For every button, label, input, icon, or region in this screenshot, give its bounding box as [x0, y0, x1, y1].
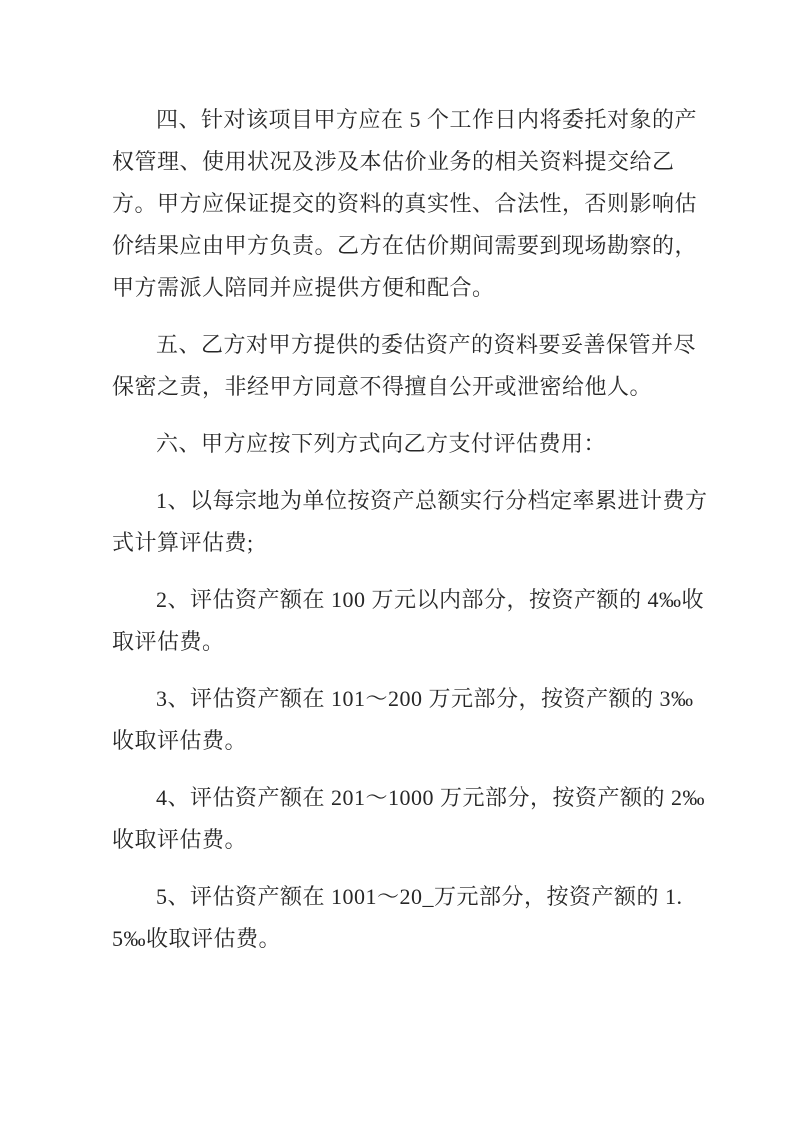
paragraph-clause-6: 六、甲方应按下列方式向乙方支付评估费用： [112, 423, 712, 465]
paragraph-clause-5: 五、乙方对甲方提供的委估资产的资料要妥善保管并尽保密之责，非经甲方同意不得擅自公… [112, 324, 712, 408]
paragraph-clause-4: 四、针对该项目甲方应在 5 个工作日内将委托对象的产权管理、使用状况及涉及本估价… [112, 99, 712, 309]
paragraph-fee-item-1: 1、以每宗地为单位按资产总额实行分档定率累进计费方式计算评估费; [112, 480, 712, 564]
paragraph-fee-item-2: 2、评估资产额在 100 万元以内部分，按资产额的 4‰收取评估费。 [112, 579, 712, 663]
paragraph-fee-item-4: 4、评估资产额在 201～1000 万元部分，按资产额的 2‰收取评估费。 [112, 777, 712, 861]
paragraph-fee-item-5: 5、评估资产额在 1001～20_万元部分，按资产额的 1.5‰收取评估费。 [112, 876, 712, 960]
document-page: 四、针对该项目甲方应在 5 个工作日内将委托对象的产权管理、使用状况及涉及本估价… [0, 0, 800, 1132]
document-text-block: 四、针对该项目甲方应在 5 个工作日内将委托对象的产权管理、使用状况及涉及本估价… [112, 99, 712, 975]
paragraph-fee-item-3: 3、评估资产额在 101～200 万元部分，按资产额的 3‰收取评估费。 [112, 678, 712, 762]
